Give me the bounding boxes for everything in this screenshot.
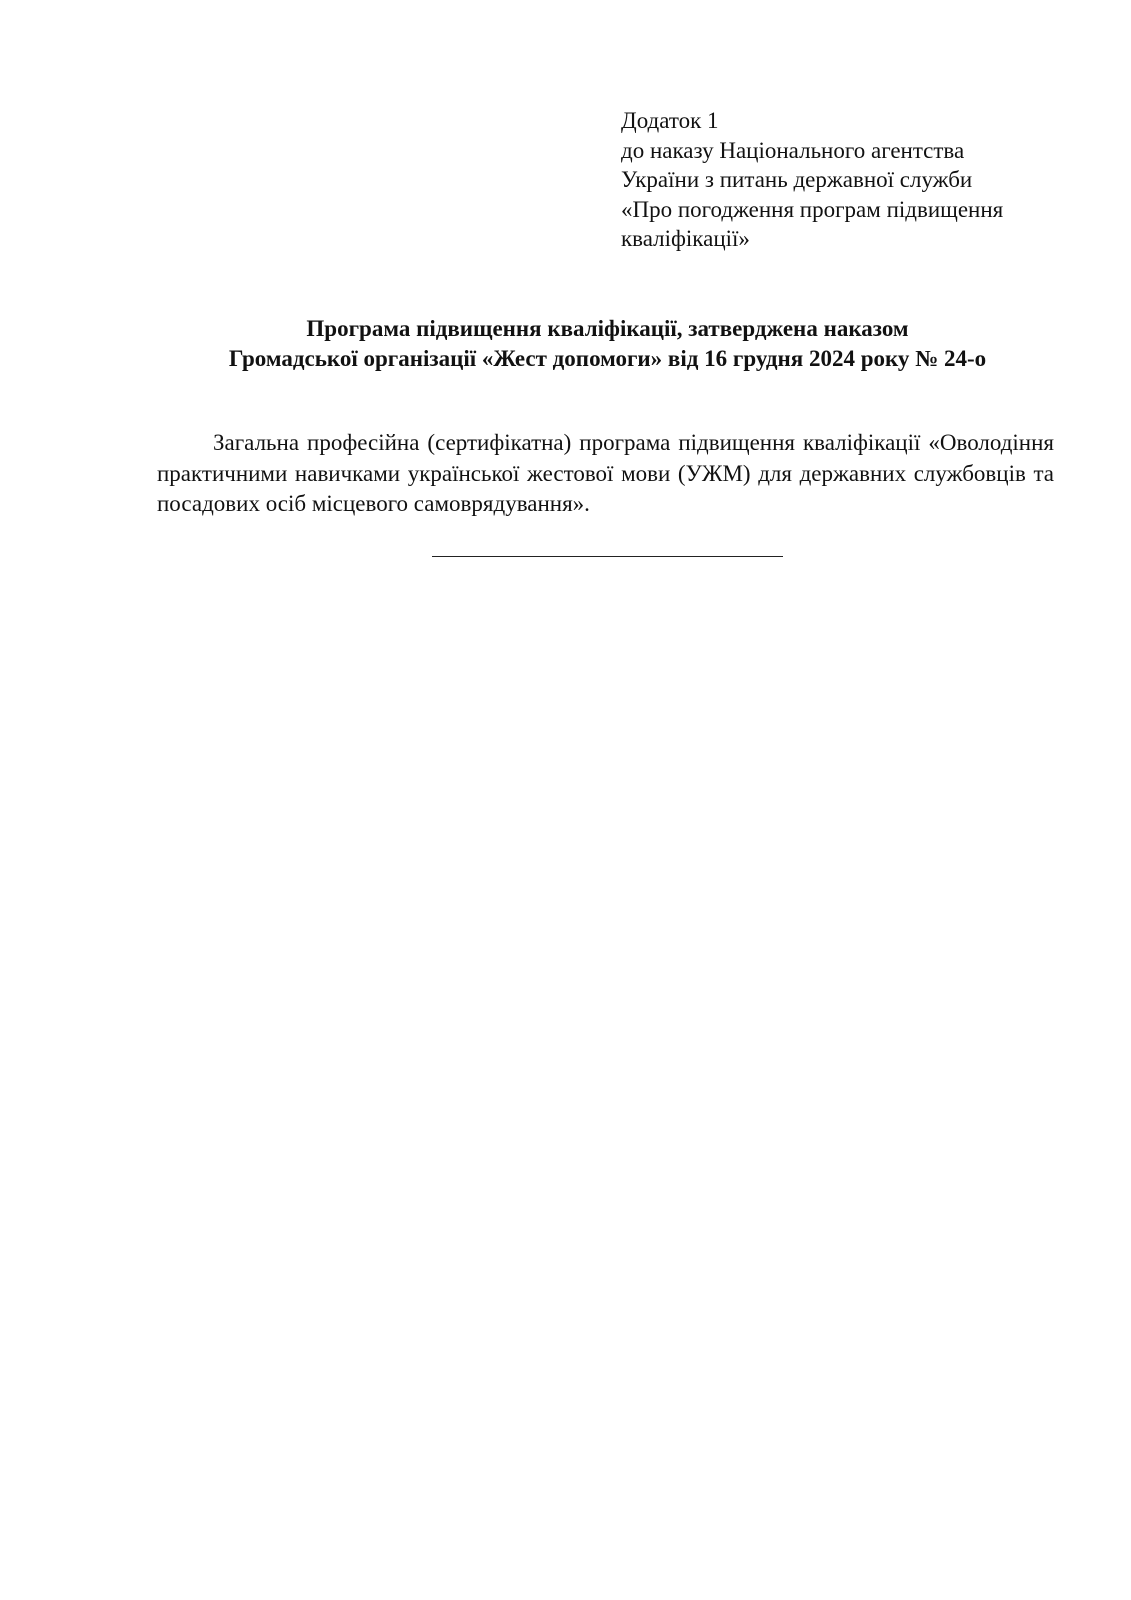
appendix-line: Додаток 1: [621, 106, 1003, 136]
appendix-line: «Про погодження програм підвищення: [621, 195, 1003, 225]
program-description: Загальна професійна (сертифікатна) прогр…: [157, 428, 1054, 520]
document-title: Програма підвищення кваліфікації, затвер…: [150, 314, 1065, 374]
appendix-header: Додаток 1 до наказу Національного агентс…: [621, 106, 1003, 254]
title-line-2: Громадської організації «Жест допомоги» …: [150, 344, 1065, 374]
appendix-line: до наказу Національного агентства: [621, 136, 1003, 166]
divider-line: [432, 556, 783, 557]
appendix-line: кваліфікації»: [621, 224, 1003, 254]
title-line-1: Програма підвищення кваліфікації, затвер…: [150, 314, 1065, 344]
appendix-line: України з питань державної служби: [621, 165, 1003, 195]
